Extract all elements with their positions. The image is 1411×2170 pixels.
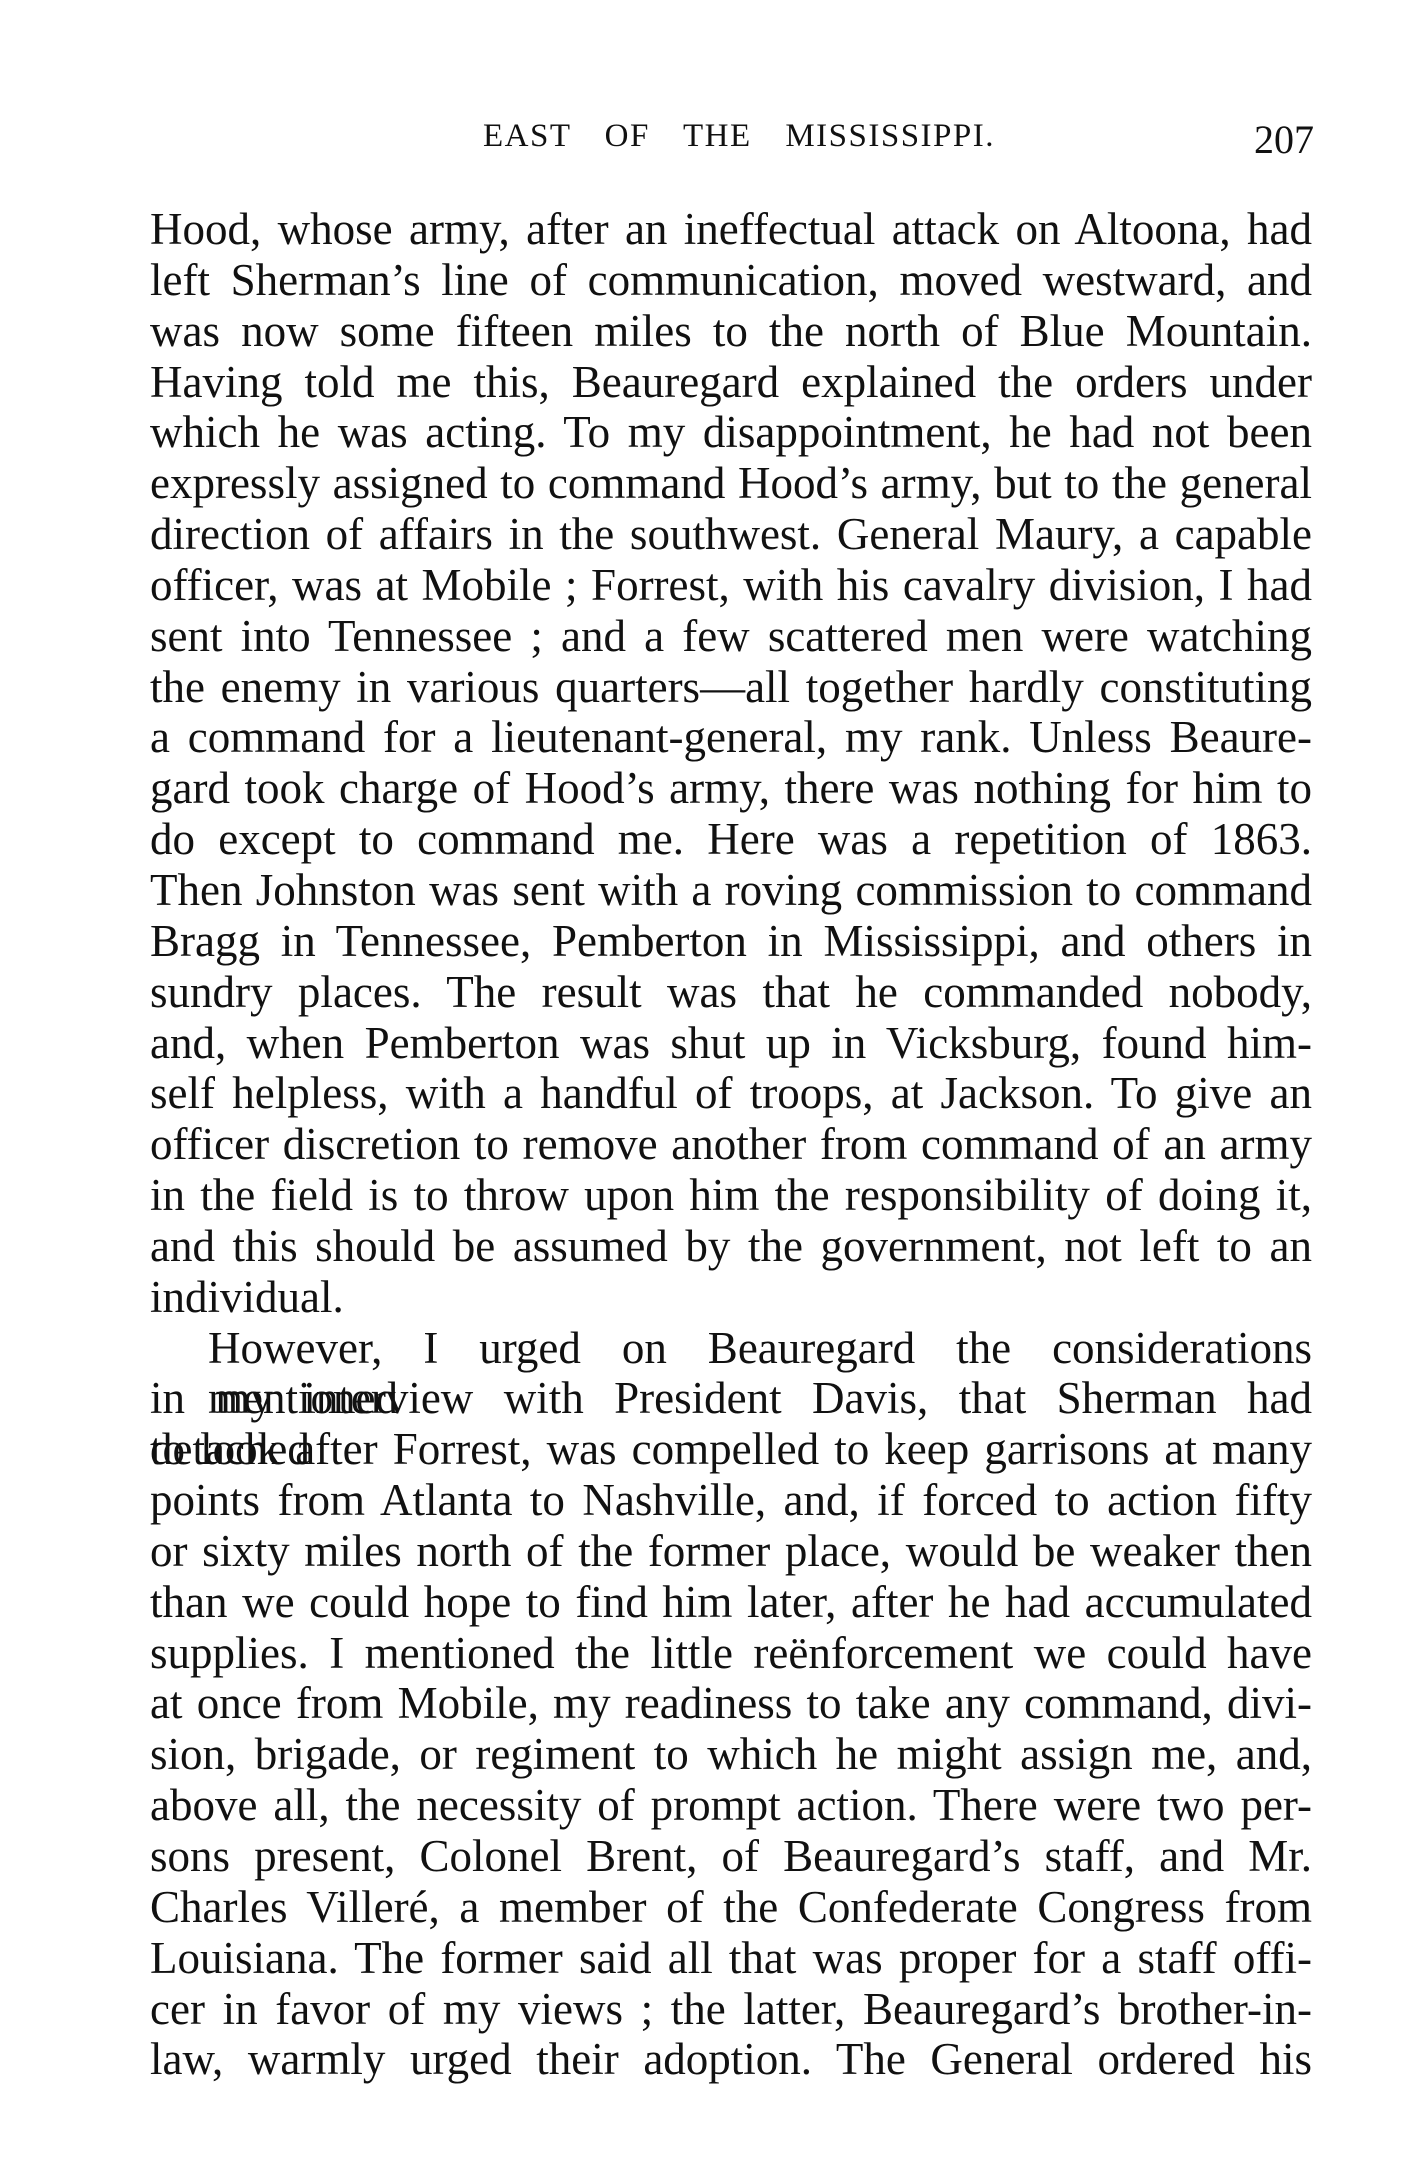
text-line: individual. xyxy=(150,1272,1312,1323)
text-line: in the field is to throw upon him the re… xyxy=(150,1170,1312,1221)
text-line: the enemy in various quarters—all togeth… xyxy=(150,662,1312,713)
text-line: a command for a lieutenant-general, my r… xyxy=(150,712,1312,763)
text-line: sion, brigade, or regiment to which he m… xyxy=(150,1729,1312,1780)
text-line: and this should be assumed by the govern… xyxy=(150,1221,1312,1272)
text-line: than we could hope to find him later, af… xyxy=(150,1577,1312,1628)
paragraph-2: However, I urged on Beauregard the consi… xyxy=(150,1323,1312,2086)
text-line: or sixty miles north of the former place… xyxy=(150,1526,1312,1577)
running-head-title: EAST OF THE MISSISSIPPI. xyxy=(483,116,995,156)
text-line: sent into Tennessee ; and a few scattere… xyxy=(150,611,1312,662)
body-text: Hood, whose army, after an ineffectual a… xyxy=(150,204,1312,2085)
page-number: 207 xyxy=(1250,118,1314,162)
text-line: was now some fifteen miles to the north … xyxy=(150,306,1312,357)
text-line: Louisiana. The former said all that was … xyxy=(150,1933,1312,1984)
text-line: above all, the necessity of prompt actio… xyxy=(150,1780,1312,1831)
book-page: EAST OF THE MISSISSIPPI. 207 Hood, whose… xyxy=(0,0,1411,2170)
text-line: Hood, whose army, after an ineffectual a… xyxy=(150,204,1312,255)
text-line: officer, was at Mobile ; Forrest, with h… xyxy=(150,560,1312,611)
text-line: cer in favor of my views ; the latter, B… xyxy=(150,1984,1312,2035)
text-line: in my interview with President Davis, th… xyxy=(150,1373,1312,1424)
text-line: sons present, Colonel Brent, of Beaurega… xyxy=(150,1831,1312,1882)
text-line: law, warmly urged their adoption. The Ge… xyxy=(150,2034,1312,2085)
text-line: Charles Villeré, a member of the Confede… xyxy=(150,1882,1312,1933)
text-line: Then Johnston was sent with a roving com… xyxy=(150,865,1312,916)
text-line: self helpless, with a handful of troops,… xyxy=(150,1068,1312,1119)
text-line: However, I urged on Beauregard the consi… xyxy=(150,1323,1312,1374)
text-line: do except to command me. Here was a repe… xyxy=(150,814,1312,865)
text-line: points from Atlanta to Nashville, and, i… xyxy=(150,1475,1312,1526)
text-line: left Sherman’s line of communication, mo… xyxy=(150,255,1312,306)
paragraph-1: Hood, whose army, after an ineffectual a… xyxy=(150,204,1312,1323)
text-line: and, when Pemberton was shut up in Vicks… xyxy=(150,1018,1312,1069)
text-line: at once from Mobile, my readiness to tak… xyxy=(150,1678,1312,1729)
text-line: which he was acting. To my disappointmen… xyxy=(150,407,1312,458)
text-line: to look after Forrest, was compelled to … xyxy=(150,1424,1312,1475)
text-line: gard took charge of Hood’s army, there w… xyxy=(150,763,1312,814)
text-line: Bragg in Tennessee, Pemberton in Mississ… xyxy=(150,916,1312,967)
text-line: officer discretion to remove another fro… xyxy=(150,1119,1312,1170)
text-line: Having told me this, Beauregard explaine… xyxy=(150,357,1312,408)
text-line: sundry places. The result was that he co… xyxy=(150,967,1312,1018)
text-line: expressly assigned to command Hood’s arm… xyxy=(150,458,1312,509)
text-line: supplies. I mentioned the little reënfor… xyxy=(150,1628,1312,1679)
text-line: direction of affairs in the southwest. G… xyxy=(150,509,1312,560)
